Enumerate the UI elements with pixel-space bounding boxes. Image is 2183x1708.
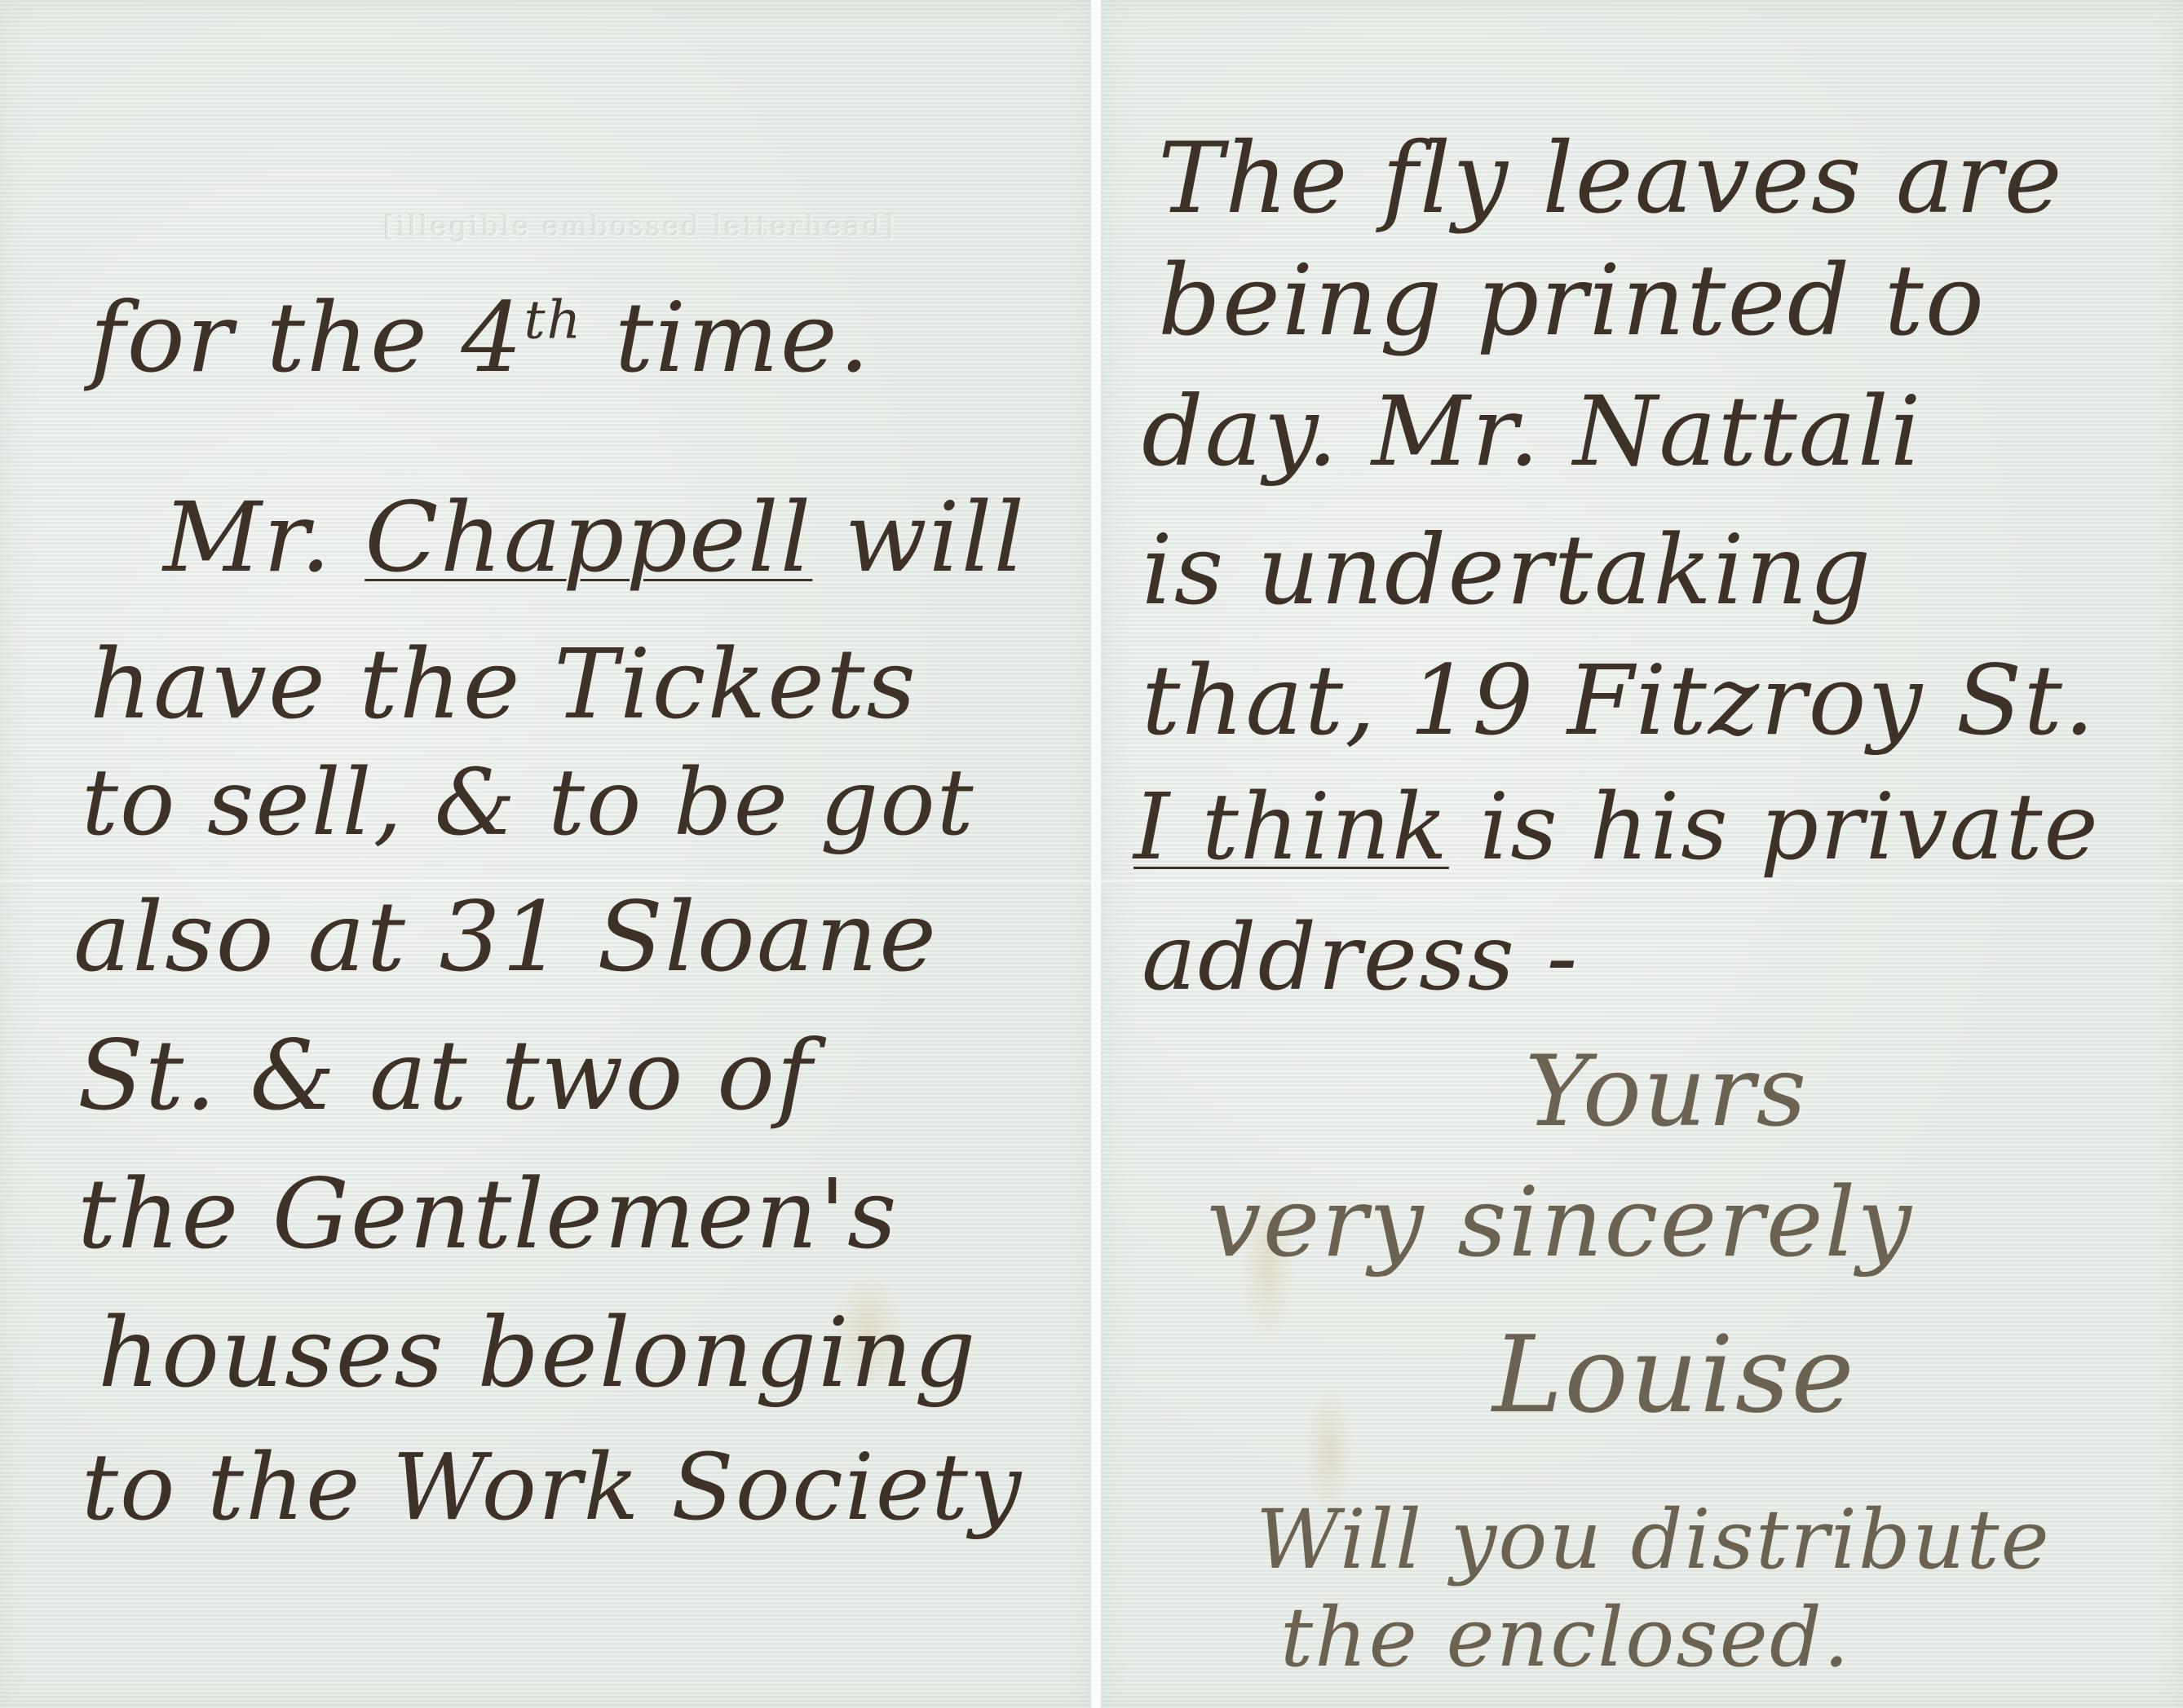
fold-crease-right — [1101, 880, 2183, 884]
postscript-line-1: Will you distribute — [1256, 1492, 2051, 1587]
right-line-5: that, 19 Fitzroy St. — [1142, 644, 2096, 757]
closing-yours: Yours — [1525, 1035, 1808, 1149]
left-line-1: for the 4th time. — [90, 281, 871, 394]
postscript-line-2: the enclosed. — [1280, 1590, 1851, 1685]
underlined-phrase: I think — [1133, 775, 1449, 880]
right-line-1: The fly leaves are — [1158, 122, 2064, 236]
left-line-4: to sell, & to be got — [82, 750, 975, 856]
right-line-2: being printed to — [1158, 245, 1986, 358]
left-line-8: houses belonging — [98, 1296, 977, 1409]
left-line-6: St. & at two of — [77, 1019, 814, 1132]
embossed-letterhead: [illegible embossed letterhead] — [383, 210, 896, 243]
signature: Louise — [1492, 1313, 1856, 1437]
left-line-3: have the Tickets — [90, 628, 917, 740]
left-line-7: the Gentlemen's — [77, 1158, 899, 1270]
sheet-gap — [1091, 0, 1101, 1708]
closing-sincerely: very sincerely — [1207, 1166, 1913, 1278]
left-line-9: to the Work Society — [82, 1435, 1023, 1541]
left-line-5: also at 31 Sloane — [73, 880, 938, 993]
right-line-3: day. Mr. Nattali — [1142, 375, 1922, 488]
underlined-name: Chappell — [365, 481, 812, 594]
right-line-7: address - — [1142, 905, 1579, 1011]
right-line-4: is undertaking — [1142, 514, 1872, 626]
letter-scan: [illegible embossed letterhead] for the … — [0, 0, 2183, 1708]
left-line-2: Mr. Chappell will — [163, 481, 1026, 594]
right-line-6: I think is his private — [1133, 775, 2100, 880]
